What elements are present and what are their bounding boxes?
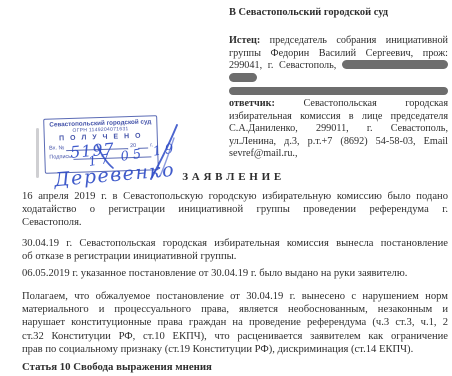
stamp-signature-label: Подпись [49,154,71,161]
redaction-bar-2 [229,73,257,82]
defendant-line-3: С.А.Даниленко, 299011, г. Севастополь, [229,123,448,136]
plaintiff-line-3-text: 299041, г. Севастополь, [229,60,336,71]
defendant-block: ответчик: Севастопольская городская изби… [229,98,448,161]
plaintiff-line-2: группы Федорин Василий Сергеевич, прож: [229,48,448,61]
paragraph-4-line-2: материального и процессуального права, я… [22,303,448,316]
redaction-bar-1 [342,60,448,69]
document-title: З А Я В Л Е Н И Е [22,171,442,183]
defendant-line-5: sevref@mail.ru., [229,148,448,161]
paragraph-3-line-1: 06.05.2019 г. указанное постановление от… [22,267,448,280]
paragraph-4-line-3: нарушает конституционные права граждан н… [22,316,448,329]
defendant-line-1: ответчик: Севастопольская городская [229,98,448,111]
paragraph-2: 30.04.19 г. Севастопольская городская из… [22,237,448,264]
paragraph-1: 16 апреля 2019 г. в Севастопольскую горо… [22,190,448,230]
section-heading-article-10: Статья 10 Свобода выражения мнения [22,361,448,373]
paragraph-4-line-5: прав по социальному признаку (ст.19 Конс… [22,343,448,356]
plaintiff-line-5 [229,85,448,98]
plaintiff-block: Истец: председатель собрания инициативно… [229,35,448,98]
plaintiff-line-1: Истец: председатель собрания инициативно… [229,35,448,48]
plaintiff-line-4 [229,73,448,86]
paragraph-4-line-4: ст.32 Конституции РФ, ст.10 ЕКПЧ), что р… [22,330,448,343]
defendant-label: ответчик: [229,98,275,109]
court-header: В Севастопольский городской суд [229,7,448,18]
defendant-line-4: ул.Ленина, д.3, р.т.+7 (8692) 54-58-03, … [229,136,448,149]
paragraph-2-line-1: 30.04.19 г. Севастопольская городская из… [22,237,448,250]
paragraph-3: 06.05.2019 г. указанное постановление от… [22,267,448,280]
paragraph-1-line-3: Севастополя. [22,216,448,229]
paragraph-1-line-2: ходатайство о регистрации инициативной г… [22,203,448,216]
paragraph-4: Полагаем, что обжалуемое постановление о… [22,290,448,357]
redaction-bar-3 [229,87,448,95]
stamp-incoming-number-label: Вх. № [49,145,65,151]
paragraph-1-line-1: 16 апреля 2019 г. в Севастопольскую горо… [22,190,448,203]
defendant-line-1-text: Севастопольская городская [304,98,448,109]
plaintiff-line-3: 299041, г. Севастополь, [229,60,448,73]
paragraph-4-line-1: Полагаем, что обжалуемое постановление о… [22,290,448,303]
paragraph-2-line-2: об отказе в регистрации инициативной гру… [22,250,448,263]
plaintiff-line-1-text: председатель собрания инициативной [270,35,448,46]
plaintiff-label: Истец: [229,35,260,46]
defendant-line-2: избирательная комиссия в лице председате… [229,111,448,124]
